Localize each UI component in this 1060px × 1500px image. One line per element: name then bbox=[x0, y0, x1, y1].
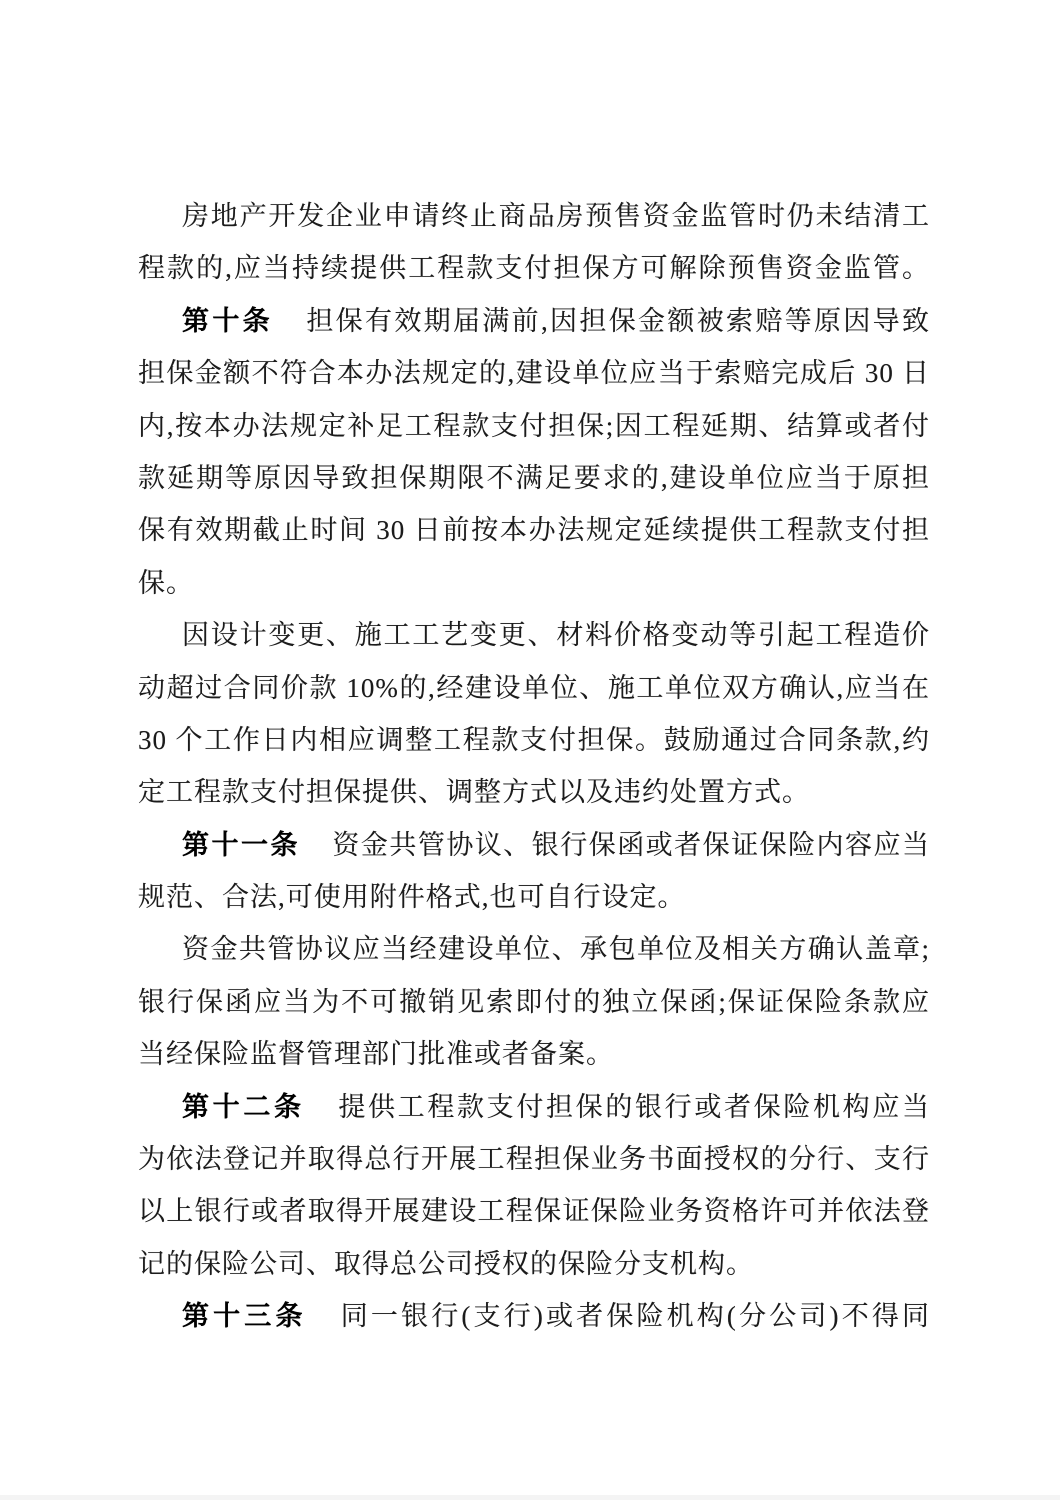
text-line: 款延期等原因导致担保期限不满足要求的,建设单位应当于原担 bbox=[138, 452, 930, 504]
text-line: 保。 bbox=[138, 557, 930, 609]
text-line: 保有效期截止时间 30 日前按本办法规定延续提供工程款支付担 bbox=[138, 504, 930, 556]
document-content: 房地产开发企业申请终止商品房预售资金监管时仍未结清工程款的,应当持续提供工程款支… bbox=[138, 190, 930, 1343]
article-line: 第十三条同一银行(支行)或者保险机构(分公司)不得同 bbox=[138, 1290, 930, 1342]
article-number-gap bbox=[305, 1115, 337, 1116]
text-line: 因设计变更、施工工艺变更、材料价格变动等引起工程造价浮 bbox=[138, 609, 930, 661]
article-number-gap bbox=[307, 1324, 339, 1325]
text-line: 担保金额不符合本办法规定的,建设单位应当于索赔完成后 30 日 bbox=[138, 347, 930, 399]
article-line: 第十一条资金共管协议、银行保函或者保证保险内容应当 bbox=[138, 819, 930, 871]
text-line: 房地产开发企业申请终止商品房预售资金监管时仍未结清工 bbox=[138, 190, 930, 242]
text-line: 为依法登记并取得总行开展工程担保业务书面授权的分行、支行 bbox=[138, 1133, 930, 1185]
article-number: 第十二条 bbox=[182, 1092, 305, 1122]
text-line: 程款的,应当持续提供工程款支付担保方可解除预售资金监管。 bbox=[138, 242, 930, 294]
text-line: 动超过合同价款 10%的,经建设单位、施工单位双方确认,应当在 bbox=[138, 662, 930, 714]
article-number: 第十三条 bbox=[182, 1301, 307, 1331]
text-line: 银行保函应当为不可撤销见索即付的独立保函;保证保险条款应 bbox=[138, 976, 930, 1028]
article-number: 第十一条 bbox=[182, 830, 300, 860]
page-bottom-edge bbox=[0, 1495, 1060, 1500]
text-line: 内,按本办法规定补足工程款支付担保;因工程延期、结算或者付 bbox=[138, 400, 930, 452]
text-line: 资金共管协议应当经建设单位、承包单位及相关方确认盖章; bbox=[138, 923, 930, 975]
article-line: 第十条担保有效期届满前,因担保金额被索赔等原因导致 bbox=[138, 295, 930, 347]
text-line: 当经保险监督管理部门批准或者备案。 bbox=[138, 1028, 930, 1080]
scanned-document-page: 房地产开发企业申请终止商品房预售资金监管时仍未结清工程款的,应当持续提供工程款支… bbox=[0, 0, 1060, 1500]
article-number-gap bbox=[300, 853, 332, 854]
text-line: 规范、合法,可使用附件格式,也可自行设定。 bbox=[138, 871, 930, 923]
text-line: 30 个工作日内相应调整工程款支付担保。鼓励通过合同条款,约 bbox=[138, 714, 930, 766]
text-line: 记的保险公司、取得总公司授权的保险分支机构。 bbox=[138, 1238, 930, 1290]
article-number: 第十条 bbox=[182, 306, 273, 336]
text-line: 定工程款支付担保提供、调整方式以及违约处置方式。 bbox=[138, 766, 930, 818]
article-line: 第十二条提供工程款支付担保的银行或者保险机构应当 bbox=[138, 1081, 930, 1133]
text-line: 以上银行或者取得开展建设工程保证保险业务资格许可并依法登 bbox=[138, 1185, 930, 1237]
article-number-gap bbox=[273, 329, 305, 330]
